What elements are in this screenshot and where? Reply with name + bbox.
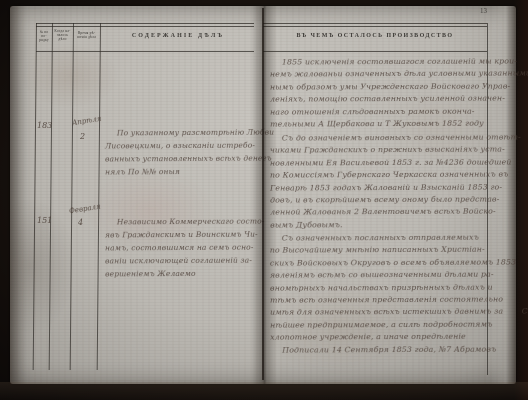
resolution-paragraph: 1855 исключенія состоявшагося соглашеній… bbox=[270, 55, 528, 131]
table-line bbox=[70, 23, 74, 370]
right-page-title: ВЪ ЧЕМЪ ОСТАЛОСЬ ПРОИЗВОДСТВО bbox=[265, 33, 485, 39]
table-line bbox=[49, 23, 53, 370]
binding-fold-shadow bbox=[251, 6, 277, 384]
page-number: 13 bbox=[480, 7, 487, 15]
left-page-title: СОДЕРЖАНІЕ ДѢЛЪ bbox=[102, 33, 254, 39]
table-line bbox=[263, 51, 487, 52]
col-header-number: № по по- рядку bbox=[37, 30, 51, 43]
entry-number: 151 bbox=[37, 216, 52, 225]
table-line bbox=[263, 23, 487, 24]
table-line bbox=[36, 51, 254, 52]
entry-date-month: Февраля bbox=[69, 203, 102, 216]
col-header-decided: Время рѣ- шенія дѣла bbox=[74, 31, 99, 39]
photo-background: СОДЕРЖАНІЕ ДѢЛЪ ВЪ ЧЕМЪ ОСТАЛОСЬ ПРОИЗВО… bbox=[0, 0, 528, 400]
document-spread: СОДЕРЖАНІЕ ДѢЛЪ ВЪ ЧЕМЪ ОСТАЛОСЬ ПРОИЗВО… bbox=[10, 6, 516, 384]
col-header-started: Когда на- чалось дѣло bbox=[53, 29, 72, 42]
entry-date-month: Апрѣля bbox=[72, 115, 102, 128]
entry-date-day: 4 bbox=[78, 218, 83, 227]
entry-text: Независимо Коммерческаго состо- явъ Граж… bbox=[105, 215, 265, 281]
binding-fold-line bbox=[262, 8, 264, 380]
page-left-edge-shadow bbox=[10, 6, 28, 384]
entry-number: 183 bbox=[37, 121, 52, 130]
table-line bbox=[36, 26, 254, 27]
entry-text: По указанному разсмотрѣнію Любви Лисовец… bbox=[105, 126, 275, 179]
resolution-paragraph: Съ означенныхъ посланныхъ отправляемыхъ … bbox=[270, 231, 528, 356]
entry-date-day: 2 bbox=[80, 132, 85, 141]
table-line bbox=[33, 23, 37, 370]
resolution-paragraph: Съ до означеніемъ виновныхъ со означенны… bbox=[270, 131, 521, 231]
table-line bbox=[97, 23, 101, 370]
table-line bbox=[36, 23, 254, 24]
table-line bbox=[263, 26, 487, 27]
